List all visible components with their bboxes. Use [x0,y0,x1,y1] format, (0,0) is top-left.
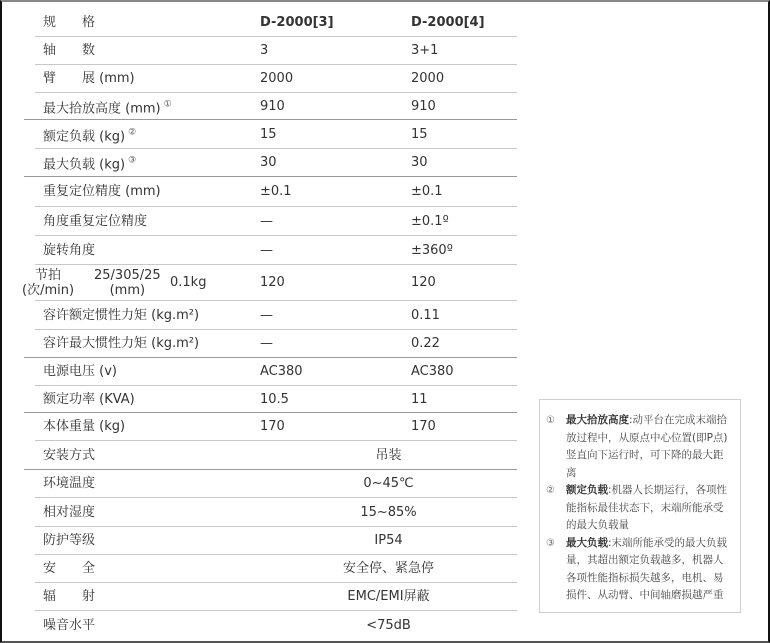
table-row: 旋转角度 — ±360º [0,236,517,265]
row-label: 防护等级 [43,534,95,548]
value-col1: — [260,215,273,229]
footnote-number: ③ [546,535,566,605]
value-col2: 0.11 [411,309,440,323]
value-col1: 170 [260,420,285,434]
row-label: 臂展 (mm) [43,72,135,86]
table-row: 辐射 EMC/EMI屏蔽 [0,583,517,611]
footnote-1: ① 最大拾放高度:动平台在完成末端拾放过程中，从原点中心位置(即P点) 竖直向下… [546,412,732,482]
table-row: 容许额定惯性力矩 (kg.m²) — 0.11 [0,301,517,330]
table-row: 防护等级 IP54 [0,527,517,555]
header-model-d2000-3: D-2000[3] [260,16,334,30]
row-label: 重复定位精度 (mm) [43,185,161,199]
row-label: 角度重复定位精度 [43,215,147,229]
table-row: 噪音水平 <75dB [0,611,517,640]
value-col2: 30 [411,156,428,170]
row-label: 环境温度 [43,477,95,491]
row-label: 相对湿度 [43,506,95,520]
footnote-title: 最大拾放高度 [566,414,629,426]
value-col2: 2000 [411,72,444,86]
value-col1: — [260,309,273,323]
value-col2: 3+1 [411,44,438,58]
table-row: 环境温度 0~45℃ [0,470,517,498]
table-row: 重复定位精度 (mm) ±0.1 ±0.1 [0,177,517,207]
value-col2: 170 [411,420,436,434]
table-row: 安装方式 吊装 [0,441,517,470]
value-col2: ±0.1 [411,185,443,199]
footnote-title: 额定负载 [566,484,608,496]
row-label: 安全 [43,562,95,576]
value-col2: AC380 [411,365,454,379]
spec-table: 规格 D-2000[3] D-2000[4] 轴数 3 3+1 臂展 (mm) … [0,8,520,640]
value-col1: 2000 [260,72,293,86]
table-row: 额定功率 (KVA) 10.5 11 [0,386,517,413]
value-col2: ±360º [411,244,453,258]
row-label: 最大拾放高度 (mm)① [43,97,172,116]
footnote-marker: ② [128,127,136,137]
table-row: 额定负载 (kg)② 15 15 [0,120,517,149]
value-merged: 0~45℃ [260,477,517,491]
cycle-payload: 0.1kg [170,276,206,290]
table-row: 角度重复定位精度 — ±0.1º [0,207,517,236]
value-merged: <75dB [260,619,517,633]
value-col1: 120 [260,276,285,290]
footnote-marker: ① [164,99,172,109]
table-row: 本体重量 (kg) 170 170 [0,413,517,441]
table-row: 节拍 (次/min) 25/305/25 (mm) 0.1kg 120 120 [0,265,517,301]
table-row: 臂展 (mm) 2000 2000 [0,65,517,93]
footnote-marker: ③ [128,156,136,166]
value-col2: 120 [411,276,436,290]
table-row: 最大拾放高度 (mm)① 910 910 [0,93,517,120]
row-label: 辐射 [43,590,95,604]
table-row: 安全 安全停、紧急停 [0,555,517,583]
footnotes-box: ① 最大拾放高度:动平台在完成末端拾放过程中，从原点中心位置(即P点) 竖直向下… [539,399,741,613]
table-header: 规格 D-2000[3] D-2000[4] [0,8,517,37]
value-col2: ±0.1º [411,215,449,229]
row-label: 安装方式 [43,449,95,463]
header-model-d2000-4: D-2000[4] [411,16,485,30]
table-row: 相对湿度 15~85% [0,498,517,527]
row-label: 额定功率 (KVA) [43,393,135,407]
row-label: 轴数 [43,44,95,58]
value-col1: — [260,244,273,258]
value-col1: ±0.1 [260,185,292,199]
value-merged: 安全停、紧急停 [260,562,517,576]
footnote-2: ② 额定负载:机器人长期运行，各项性能指标最佳状态下，末端所能承受的最大负载量 [546,482,732,535]
value-col1: 15 [260,128,277,142]
value-col2: 0.22 [411,337,440,351]
value-merged: IP54 [260,534,517,548]
value-col1: AC380 [260,365,303,379]
row-label: 本体重量 (kg) [43,420,125,434]
row-label: 容许最大惯性力矩 (kg.m²) [43,337,199,351]
footnote-3: ③ 最大负载:末端所能承受的最大负载量，其超出额定负载越多，机器人各项性能指标损… [546,535,732,605]
row-label: 最大负载 (kg)③ [43,154,136,173]
value-col2: 15 [411,128,428,142]
footnote-number: ① [546,412,566,482]
row-label: 噪音水平 [43,619,95,633]
value-col1: 910 [260,100,285,114]
table-row: 电源电压 (v) AC380 AC380 [0,358,517,386]
table-row: 容许最大惯性力矩 (kg.m²) — 0.22 [0,330,517,358]
value-col1: 3 [260,44,268,58]
header-label: 规格 [43,16,95,30]
row-label: 旋转角度 [43,244,95,258]
table-row: 最大负载 (kg)③ 30 30 [0,149,517,177]
row-label: 电源电压 (v) [43,365,117,379]
footnote-number: ② [546,482,566,535]
table-row: 轴数 3 3+1 [0,37,517,65]
cycle-rate-label: 节拍 (次/min) 25/305/25 (mm) 0.1kg [0,265,230,301]
cycle-rate-unit: 节拍 (次/min) [22,268,74,298]
value-col1: 30 [260,156,277,170]
value-col1: — [260,337,273,351]
cycle-path: 25/305/25 (mm) [94,268,161,298]
value-merged: EMC/EMI屏蔽 [260,590,517,604]
row-label: 额定负载 (kg)② [43,125,136,144]
value-merged: 15~85% [260,506,517,520]
value-col1: 10.5 [260,393,289,407]
footnote-title: 最大负载 [566,537,608,549]
value-col2: 11 [411,393,428,407]
row-label: 容许额定惯性力矩 (kg.m²) [43,309,199,323]
value-col2: 910 [411,100,436,114]
value-merged: 吊装 [260,449,517,463]
